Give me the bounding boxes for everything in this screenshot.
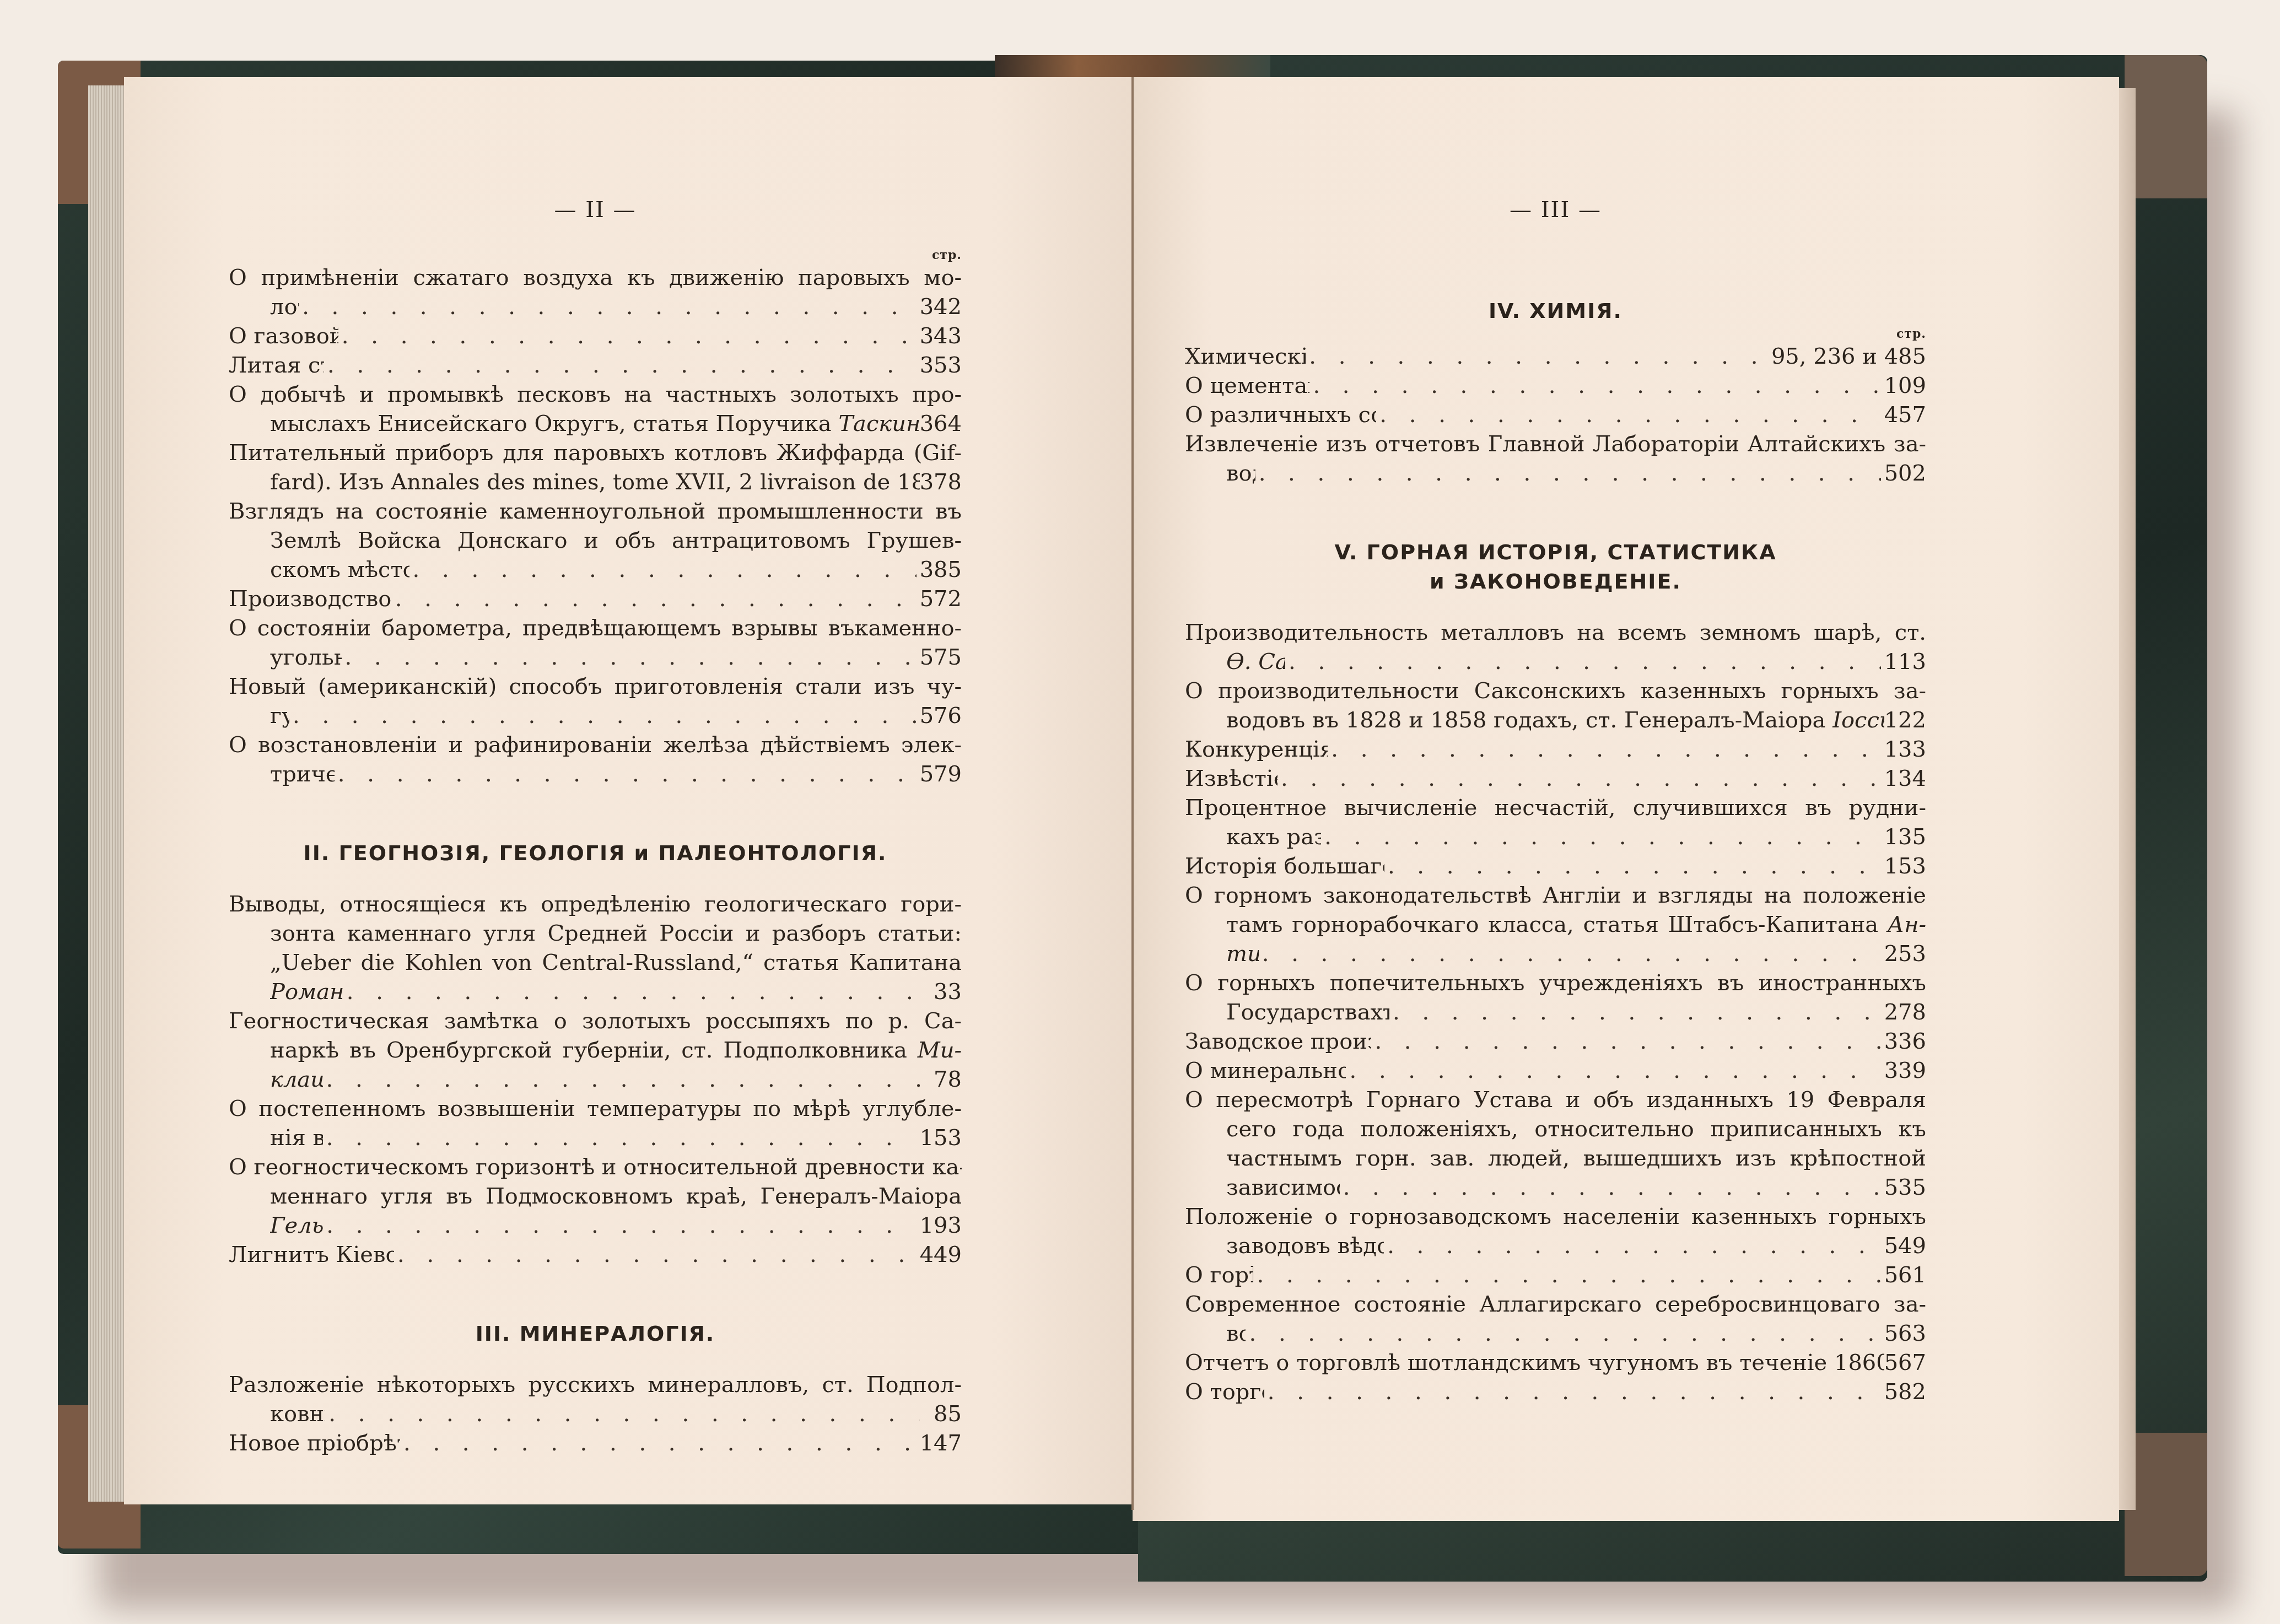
toc-line: Новый (американскій) способъ приготовлен… — [229, 672, 962, 702]
entry-title: Извлеченіе изъ отчетовъ Главной Лаборато… — [1185, 430, 1926, 459]
entry-title: О геогностическомъ горизонтѣ и относител… — [229, 1153, 962, 1182]
entry-title: Новое пріобрѣтеніе музеума Горнаго Инсти… — [229, 1429, 400, 1458]
dot-leader — [1259, 459, 1881, 488]
page-number: 85 — [923, 1400, 962, 1429]
toc-line: О горѣ Чапчачи561 — [1185, 1261, 1926, 1290]
dot-leader — [1313, 371, 1880, 401]
toc-line: Романовскаго 3-го33 — [229, 978, 962, 1007]
page-number: 95, 236 и 485 — [1771, 342, 1926, 371]
entry-text: Выводы, относящіеся къ опредѣленію геоло… — [229, 892, 962, 917]
toc-line: Заводское производство Австріи и Пруссіи… — [1185, 1027, 1926, 1056]
entry-author: Таскина 4 — [838, 411, 919, 436]
entry-title: Геогностическая замѣтка о золотыхъ россы… — [229, 1007, 962, 1036]
entry-title: Современное состояніе Аллагирскаго сереб… — [1185, 1290, 1926, 1319]
entry-title: Положеніе о горнозаводскомъ населеніи ка… — [1185, 1202, 1926, 1232]
entry-title: О горныхъ попечительныхъ учрежденіяхъ въ… — [1185, 969, 1926, 998]
entry-title: водовъ въ 1828 и 1858 годахъ, ст. Генера… — [1226, 706, 1884, 735]
dot-leader — [1249, 1319, 1880, 1348]
entry-text: О производительности Саксонскихъ казенны… — [1185, 678, 1926, 704]
entry-text: fard). Изъ Annales des mines, tome XVII,… — [270, 470, 920, 495]
entry-text: тамъ горнорабочкаго класса, статья Штабс… — [1226, 912, 1878, 937]
toc-line: О постепенномъ возвышеніи температуры по… — [229, 1094, 962, 1124]
spacer — [1185, 247, 1926, 296]
entry-title: О газовой машинѣ Леноара — [229, 322, 338, 351]
toc-line: Извѣстіе изъ Мексики134 — [1185, 764, 1926, 794]
entry-title: гуна — [270, 702, 289, 731]
entry-author: Ан- — [1888, 912, 1926, 937]
page-number: 563 — [1884, 1319, 1926, 1348]
toc-line: „Ueber die Kohlen von Central-Russland,“… — [229, 948, 962, 978]
entry-author: Гельмерсена — [270, 1213, 323, 1238]
entry-title: Извѣстіе изъ Мексики — [1185, 764, 1278, 794]
page-column-label: стр. — [229, 247, 962, 263]
toc-entry: Извѣстіе изъ Мексики134 — [1185, 764, 1926, 794]
toc-line: водовъ502 — [1185, 459, 1926, 488]
dot-leader — [1257, 1261, 1880, 1290]
toc-line: Конкуренція въ производствѣ желѣза133 — [1185, 735, 1926, 764]
entry-text: О газовой машинѣ Леноара — [229, 323, 338, 349]
toc-line: Питательный приборъ для паровыхъ котловъ… — [229, 439, 962, 468]
entry-text: трической силы — [270, 762, 335, 787]
entry-text: О горныхъ попечительныхъ учрежденіяхъ въ… — [1185, 970, 1926, 996]
toc-entry: О минеральномъ богатствѣ Великобританіи3… — [1185, 1056, 1926, 1086]
dot-leader — [342, 322, 917, 351]
dot-leader — [395, 585, 917, 614]
gutter-fold — [1131, 77, 1134, 1510]
spacer — [1185, 225, 1926, 247]
entry-title: О состояніи барометра, предвѣщающемъ взр… — [229, 614, 962, 643]
toc-line: Лигнитъ Кіевской губерніи, ст. А. Долинс… — [229, 1240, 962, 1270]
page-number: 253 — [1884, 940, 1926, 969]
toc-entry: Геогностическая замѣтка о золотыхъ россы… — [229, 1007, 962, 1094]
entry-text: О минеральномъ богатствѣ Великобританіи — [1185, 1058, 1346, 1083]
running-head: — II — — [229, 196, 962, 225]
entry-title: Государствахъ, ст. Штабсъ-Капитана Лонги… — [1226, 998, 1389, 1027]
dot-leader — [302, 293, 917, 322]
dot-leader — [1309, 342, 1768, 371]
entry-text: „Ueber die Kohlen von Central-Russland,“… — [270, 950, 962, 975]
dot-leader — [326, 1124, 917, 1153]
page-number: 364 — [920, 409, 962, 439]
entry-title: Литая сталь Г. Обухова — [229, 351, 324, 380]
toc-line: Новое пріобрѣтеніе музеума Горнаго Инсти… — [229, 1429, 962, 1458]
entry-text: кахъ различныхъ странъ — [1226, 824, 1321, 850]
entry-text: угольныхъ копяхъ — [270, 645, 342, 670]
toc-entry: О геогностическомъ горизонтѣ и относител… — [229, 1153, 962, 1240]
entry-title: Выводы, относящіеся къ опредѣленію геоло… — [229, 890, 962, 919]
entry-text: вода — [1226, 1321, 1246, 1346]
toc-entry: Выводы, относящіеся къ опредѣленію геоло… — [229, 890, 962, 1007]
page-number: 153 — [920, 1124, 962, 1153]
toc-line: Положеніе о горнозаводскомъ населеніи ка… — [1185, 1202, 1926, 1232]
entry-title: Производительность металловъ на всемъ зе… — [1185, 618, 1926, 648]
dot-leader — [345, 643, 917, 672]
entry-text: Заводское производство Австріи и Пруссіи… — [1185, 1029, 1371, 1054]
entry-text: сего года положеніяхъ, относительно прип… — [1226, 1116, 1926, 1142]
section-heading: V. ГОРНАЯ ИСТОРІЯ, СТАТИСТИКА — [1185, 538, 1926, 567]
entry-text: Процентное вычисленіе несчастій, случивш… — [1185, 795, 1926, 821]
entry-title: Лигнитъ Кіевской губерніи, ст. А. Долинс… — [229, 1240, 394, 1270]
dot-leader — [1281, 764, 1881, 794]
page-number: 567 — [1884, 1348, 1926, 1378]
page-number: 278 — [1884, 998, 1926, 1027]
toc-line: Отчетъ о торговлѣ шотландскимъ чугуномъ … — [1185, 1348, 1926, 1378]
entry-text: Конкуренція въ производствѣ желѣза — [1185, 737, 1328, 762]
toc-line: клашевскаго78 — [229, 1065, 962, 1094]
toc-line: тамъ горнорабочкаго класса, статья Штабс… — [1185, 910, 1926, 940]
entry-title: меннаго угля въ Подмосковномъ краѣ, Гене… — [270, 1182, 962, 1211]
entry-text: Государствахъ, ст. Штабсъ-Капитана — [1226, 1000, 1389, 1025]
entry-author: клашевскаго — [270, 1067, 323, 1092]
dot-leader — [397, 1240, 917, 1270]
toc-line: О добычѣ и промывкѣ песковъ на частныхъ … — [229, 380, 962, 409]
page-number: 535 — [1884, 1173, 1926, 1202]
toc-line: Гельмерсена193 — [229, 1211, 962, 1240]
toc-entry: О горныхъ попечительныхъ учрежденіяхъ въ… — [1185, 969, 1926, 1027]
dot-leader — [413, 555, 917, 585]
page-number: 572 — [920, 585, 962, 614]
toc-entry: О состояніи барометра, предвѣщающемъ взр… — [229, 614, 962, 672]
entry-text: Химическій обзоръ, ст. — [1185, 344, 1306, 369]
toc-entry: Химическій обзоръ, ст. Ѳ. Савченкова95, … — [1185, 342, 1926, 371]
entry-title: заводовъ вѣдомства Министерства Финансов… — [1226, 1232, 1384, 1261]
toc-entry: О производительности Саксонскихъ казенны… — [1185, 677, 1926, 735]
entry-author: Ми- — [918, 1038, 962, 1063]
entry-title: О пересмотрѣ Горнаго Устава и объ изданн… — [1185, 1086, 1926, 1115]
leather-corner-top-right — [2125, 55, 2207, 198]
toc-line: зонта каменнаго угля Средней Россіи и ра… — [229, 919, 962, 948]
section-heading: III. МИНЕРАЛОГІЯ. — [229, 1319, 962, 1348]
entry-title: Новый (американскій) способъ приготовлен… — [229, 672, 962, 702]
entry-author: типова — [1226, 941, 1259, 967]
entry-text: водовъ — [1226, 461, 1255, 486]
entry-title: Ѳ. Савченкова — [1226, 648, 1285, 677]
toc-line: О геогностическомъ горизонтѣ и относител… — [229, 1153, 962, 1182]
entry-text: зонта каменнаго угля Средней Россіи и ра… — [270, 921, 962, 946]
toc-entry: Извлеченіе изъ отчетовъ Главной Лаборато… — [1185, 430, 1926, 488]
toc-line: fard). Изъ Annales des mines, tome XVII,… — [229, 468, 962, 497]
page-number: 113 — [1884, 648, 1926, 677]
toc-line: кахъ различныхъ странъ135 — [1185, 823, 1926, 852]
spacer — [1185, 596, 1926, 618]
toc-line: Геогностическая замѣтка о золотыхъ россы… — [229, 1007, 962, 1036]
dot-leader — [1349, 1056, 1880, 1086]
dot-leader — [338, 760, 917, 789]
entry-title: Землѣ Войска Донскаго и объ антрацитовом… — [270, 526, 962, 555]
running-head: — III — — [1185, 196, 1926, 225]
dot-leader — [1343, 1173, 1881, 1202]
toc-line: зависимости, ст. И. Полетики535 — [1185, 1173, 1926, 1202]
toc-entry: Заводское производство Австріи и Пруссіи… — [1185, 1027, 1926, 1056]
toc-line: О горныхъ попечительныхъ учрежденіяхъ въ… — [1185, 969, 1926, 998]
page-number: 193 — [920, 1211, 962, 1240]
toc-line: Химическій обзоръ, ст. Ѳ. Савченкова95, … — [1185, 342, 1926, 371]
toc-entry: Производство лучшаго пудлинговаго желѣза… — [229, 585, 962, 614]
entry-title: О примѣненіи сжатаго воздуха къ движенію… — [229, 263, 962, 293]
toc-entry: Процентное вычисленіе несчастій, случивш… — [1185, 794, 1926, 852]
entry-title: Производство лучшаго пудлинговаго желѣза — [229, 585, 392, 614]
entry-title: Гельмерсена — [270, 1211, 323, 1240]
toc-entry: О цементаціи желѣза Г. Карона109 — [1185, 371, 1926, 401]
toc-line: О состояніи барометра, предвѣщающемъ взр… — [229, 614, 962, 643]
entry-title: зависимости, ст. И. Полетики — [1226, 1173, 1340, 1202]
page-number: 109 — [1884, 371, 1926, 401]
entry-text: Положеніе о горнозаводскомъ населеніи ка… — [1185, 1204, 1926, 1229]
dot-leader — [1388, 852, 1881, 881]
entry-title: скомъ мѣсторожденіи, ст. И. Фелькнера — [270, 555, 409, 585]
toc-line: сего года положеніяхъ, относительно прип… — [1185, 1115, 1926, 1144]
toc-line: О примѣненіи сжатаго воздуха къ движенію… — [229, 263, 962, 293]
entry-text: О горѣ Чапчачи — [1185, 1262, 1253, 1288]
entry-title: Исторія большаго Актонскаго мѣднаго рудн… — [1185, 852, 1384, 881]
entry-title: вода — [1226, 1319, 1246, 1348]
page-number: 78 — [923, 1065, 962, 1094]
page-number: 336 — [1884, 1027, 1926, 1056]
toc-line: нія въ землю153 — [229, 1124, 962, 1153]
page-number: 147 — [920, 1429, 962, 1458]
entry-title: мыслахъ Енисейскаго Округъ, статья Поруч… — [270, 409, 920, 439]
toc-line: водовъ въ 1828 и 1858 годахъ, ст. Генера… — [1185, 706, 1926, 735]
toc-entry: Взглядъ на состояніе каменноугольной про… — [229, 497, 962, 585]
dot-leader — [403, 1429, 917, 1458]
dot-leader — [1262, 940, 1881, 969]
toc-entry: О постепенномъ возвышеніи температуры по… — [229, 1094, 962, 1153]
page-number: 457 — [1884, 401, 1926, 430]
left-page-contents: — II — стр. О примѣненіи сжатаго воздуха… — [229, 196, 962, 1458]
toc-line: частнымъ горн. зав. людей, вышедшихъ изъ… — [1185, 1144, 1926, 1173]
page-number: 33 — [923, 978, 962, 1007]
spacer — [229, 1348, 962, 1371]
entry-title: клашевскаго — [270, 1065, 323, 1094]
toc-line: Производительность металловъ на всемъ зе… — [1185, 618, 1926, 648]
entry-title: Отчетъ о торговлѣ шотландскимъ чугуномъ … — [1185, 1348, 1884, 1378]
entry-author: Ѳ. Савченкова — [1226, 649, 1285, 675]
page-number: 576 — [920, 702, 962, 731]
entry-title: нія въ землю — [270, 1124, 323, 1153]
entry-title: типова — [1226, 940, 1259, 969]
page-number: 561 — [1884, 1261, 1926, 1290]
toc-line: О горномъ законодательствѣ Англіи и взгл… — [1185, 881, 1926, 910]
entry-title: сего года положеніяхъ, относительно прип… — [1226, 1115, 1926, 1144]
entry-title: водовъ — [1226, 459, 1255, 488]
toc-line: скомъ мѣсторожденіи, ст. И. Фелькнера385 — [229, 555, 962, 585]
entry-text: Извѣстіе изъ Мексики — [1185, 766, 1278, 791]
toc-line: О возстановленіи и рафинированіи желѣза … — [229, 731, 962, 760]
entry-text: Питательный приборъ для паровыхъ котловъ… — [229, 440, 962, 466]
entry-title: трической силы — [270, 760, 335, 789]
toc-line: Ѳ. Савченкова113 — [1185, 648, 1926, 677]
entry-text: гуна — [270, 703, 289, 729]
page-number: 579 — [920, 760, 962, 789]
toc-entry: Питательный приборъ для паровыхъ котловъ… — [229, 439, 962, 497]
page-number: 122 — [1884, 706, 1926, 735]
entry-title: О горѣ Чапчачи — [1185, 1261, 1253, 1290]
entry-text: О геогностическомъ горизонтѣ и относител… — [229, 1154, 962, 1180]
page-number: 343 — [920, 322, 962, 351]
toc-entry: Разложеніе нѣкоторыхъ русскихъ минералло… — [229, 1371, 962, 1429]
toc-line: Выводы, относящіеся къ опредѣленію геоло… — [229, 890, 962, 919]
entry-text: Производительность металловъ на всемъ зе… — [1185, 620, 1926, 645]
entry-title: ковника Бека — [270, 1400, 325, 1429]
dot-leader — [327, 351, 917, 380]
toc-line: меннаго угля въ Подмосковномъ краѣ, Гене… — [229, 1182, 962, 1211]
toc-line: угольныхъ копяхъ575 — [229, 643, 962, 672]
entry-title: О производительности Саксонскихъ казенны… — [1185, 677, 1926, 706]
entry-title: Заводское производство Австріи и Пруссіи… — [1185, 1027, 1371, 1056]
page-number: 582 — [1884, 1378, 1926, 1407]
toc-line: Землѣ Войска Донскаго и объ антрацитовом… — [229, 526, 962, 555]
entry-text: Исторія большаго Актонскаго мѣднаго рудн… — [1185, 854, 1384, 879]
entry-text: О постепенномъ возвышеніи температуры по… — [229, 1096, 962, 1121]
page-number: 378 — [920, 468, 962, 497]
toc-line: О цементаціи желѣза Г. Карона109 — [1185, 371, 1926, 401]
page-number: 342 — [920, 293, 962, 322]
toc-line: О пересмотрѣ Горнаго Устава и объ изданн… — [1185, 1086, 1926, 1115]
entry-text: скомъ мѣсторожденіи, ст. — [270, 557, 409, 582]
dot-leader — [1324, 823, 1880, 852]
toc-line: О минеральномъ богатствѣ Великобританіи3… — [1185, 1056, 1926, 1086]
toc-line: наркѣ въ Оренбургской губерніи, ст. Подп… — [229, 1036, 962, 1065]
spacer — [1185, 488, 1926, 538]
toc-entry: О пересмотрѣ Горнаго Устава и объ изданн… — [1185, 1086, 1926, 1202]
page-number: 339 — [1884, 1056, 1926, 1086]
toc-line: Процентное вычисленіе несчастій, случивш… — [1185, 794, 1926, 823]
entry-text: О добычѣ и промывкѣ песковъ на частныхъ … — [229, 382, 962, 407]
toc-line: вода563 — [1185, 1319, 1926, 1348]
entry-title: угольныхъ копяхъ — [270, 643, 342, 672]
entry-text: Новый (американскій) способъ приготовлен… — [229, 674, 962, 699]
dot-leader — [1268, 1378, 1881, 1407]
dot-leader — [328, 1400, 920, 1429]
entry-text: мыслахъ Енисейскаго Округъ, статья Поруч… — [270, 411, 832, 436]
page-number: 575 — [920, 643, 962, 672]
entry-title: Процентное вычисленіе несчастій, случивш… — [1185, 794, 1926, 823]
toc-entry: Конкуренція въ производствѣ желѣза133 — [1185, 735, 1926, 764]
entry-title: тамъ горнорабочкаго класса, статья Штабс… — [1226, 910, 1926, 940]
toc-line: Взглядъ на состояніе каменноугольной про… — [229, 497, 962, 526]
toc-entry: Отчетъ о торговлѣ шотландскимъ чугуномъ … — [1185, 1348, 1926, 1378]
entry-text: частнымъ горн. зав. людей, вышедшихъ изъ… — [1226, 1146, 1926, 1171]
dot-leader — [1387, 1232, 1881, 1261]
entry-text: Отчетъ о торговлѣ шотландскимъ чугуномъ … — [1185, 1350, 1884, 1375]
toc-line: Современное состояніе Аллагирскаго сереб… — [1185, 1290, 1926, 1319]
dot-leader — [1331, 735, 1880, 764]
toc-entry: Лигнитъ Кіевской губерніи, ст. А. Долинс… — [229, 1240, 962, 1270]
toc-line: трической силы579 — [229, 760, 962, 789]
entry-text: Литая сталь Г. Обухова — [229, 353, 324, 378]
toc-line: Разложеніе нѣкоторыхъ русскихъ минералло… — [229, 1371, 962, 1400]
toc-entry: О добычѣ и промывкѣ песковъ на частныхъ … — [229, 380, 962, 439]
entry-text: Лигнитъ Кіевской губерніи, ст. — [229, 1242, 394, 1267]
page-number: 549 — [1884, 1232, 1926, 1261]
entry-title: Питательный приборъ для паровыхъ котловъ… — [229, 439, 962, 468]
toc-line: ковника Бека85 — [229, 1400, 962, 1429]
toc-entry: О горѣ Чапчачи561 — [1185, 1261, 1926, 1290]
right-page-contents: — III — IV. ХИМІЯ.стр.Химическій обзоръ,… — [1185, 196, 1926, 1407]
page-number: 502 — [1884, 459, 1926, 488]
dot-leader — [347, 978, 920, 1007]
entry-text: О состояніи барометра, предвѣщающемъ взр… — [229, 616, 962, 641]
entry-title: О цементаціи желѣза Г. Карона — [1185, 371, 1309, 401]
entry-text: Взглядъ на состояніе каменноугольной про… — [229, 499, 962, 524]
entry-title: Конкуренція въ производствѣ желѣза — [1185, 735, 1328, 764]
toc-entry: Положеніе о горнозаводскомъ населеніи ка… — [1185, 1202, 1926, 1261]
entry-text: лотовъ — [270, 294, 299, 320]
section-heading: IV. ХИМІЯ. — [1185, 296, 1926, 326]
entry-text: заводовъ вѣдомства Министерства Финансов… — [1226, 1233, 1384, 1259]
entry-text: Разложеніе нѣкоторыхъ русскихъ минералло… — [229, 1372, 962, 1398]
entry-title: „Ueber die Kohlen von Central-Russland,“… — [270, 948, 962, 978]
toc-line: мыслахъ Енисейскаго Округъ, статья Поруч… — [229, 409, 962, 439]
entry-text: Геогностическая замѣтка о золотыхъ россы… — [229, 1008, 962, 1034]
toc-line: О различныхъ состояніяхъ кремневой кисло… — [1185, 401, 1926, 430]
entry-text: Землѣ Войска Донскаго и объ антрацитовом… — [270, 528, 962, 553]
entry-title: зонта каменнаго угля Средней Россіи и ра… — [270, 919, 962, 948]
page-column-label: стр. — [1185, 326, 1926, 342]
page-number: 133 — [1884, 735, 1926, 764]
entry-title: Химическій обзоръ, ст. Ѳ. Савченкова — [1185, 342, 1306, 371]
toc-entry: О горномъ законодательствѣ Англіи и взгл… — [1185, 881, 1926, 969]
toc-entry: Исторія большаго Актонскаго мѣднаго рудн… — [1185, 852, 1926, 881]
entry-title: О минеральномъ богатствѣ Великобританіи — [1185, 1056, 1346, 1086]
toc-entries: О примѣненіи сжатаго воздуха къ движенію… — [229, 263, 962, 1458]
toc-entry: О торговлѣ ртутью582 — [1185, 1378, 1926, 1407]
entry-text: меннаго угля въ Подмосковномъ краѣ, Гене… — [270, 1184, 962, 1209]
toc-entry: О возстановленіи и рафинированіи желѣза … — [229, 731, 962, 789]
entry-title: О торговлѣ ртутью — [1185, 1378, 1264, 1407]
leather-corner-bottom-right — [2125, 1433, 2207, 1576]
entry-title: наркѣ въ Оренбургской губерніи, ст. Подп… — [270, 1036, 962, 1065]
dot-leader — [1375, 1027, 1880, 1056]
toc-line: Производство лучшаго пудлинговаго желѣза… — [229, 585, 962, 614]
page-number: 449 — [920, 1240, 962, 1270]
entry-title: Разложеніе нѣкоторыхъ русскихъ минералло… — [229, 1371, 962, 1400]
entry-text: водовъ въ 1828 и 1858 годахъ, ст. Генера… — [1226, 708, 1825, 733]
toc-line: О торговлѣ ртутью582 — [1185, 1378, 1926, 1407]
entry-author: Іоссы — [1832, 708, 1884, 733]
entry-title: fard). Изъ Annales des mines, tome XVII,… — [270, 468, 920, 497]
entry-title: кахъ различныхъ странъ — [1226, 823, 1321, 852]
right-page-block-edges — [2119, 88, 2136, 1510]
toc-line: гуна576 — [229, 702, 962, 731]
dot-leader — [1379, 401, 1880, 430]
entry-title: О горномъ законодательствѣ Англіи и взгл… — [1185, 881, 1926, 910]
page-number: 134 — [1884, 764, 1926, 794]
toc-entry: Литая сталь Г. Обухова353 — [229, 351, 962, 380]
entry-text: О торговлѣ ртутью — [1185, 1379, 1264, 1405]
entry-text: О различныхъ состояніяхъ кремневой кисло… — [1185, 402, 1376, 428]
toc-entry: Новое пріобрѣтеніе музеума Горнаго Инсти… — [229, 1429, 962, 1458]
section-heading: II. ГЕОГНОЗІЯ, ГЕОЛОГІЯ и ПАЛЕОНТОЛОГІЯ. — [229, 839, 962, 868]
toc-entry: О газовой машинѣ Леноара343 — [229, 322, 962, 351]
page-block-edges — [88, 85, 127, 1502]
page-number: 153 — [1884, 852, 1926, 881]
entry-text: Производство лучшаго пудлинговаго желѣза — [229, 586, 392, 612]
toc-line: Извлеченіе изъ отчетовъ Главной Лаборато… — [1185, 430, 1926, 459]
entry-title: лотовъ — [270, 293, 299, 322]
entry-text: Новое пріобрѣтеніе музеума Горнаго Инсти… — [229, 1431, 400, 1456]
entry-title: О возстановленіи и рафинированіи желѣза … — [229, 731, 962, 760]
page-number: 385 — [920, 555, 962, 585]
entry-author: Романовскаго 3-го — [270, 979, 343, 1005]
spacer — [229, 1270, 962, 1319]
toc-line: типова253 — [1185, 940, 1926, 969]
toc-entry: Производительность металловъ на всемъ зе… — [1185, 618, 1926, 677]
entry-text: О цементаціи желѣза — [1185, 373, 1309, 398]
toc-line: О производительности Саксонскихъ казенны… — [1185, 677, 1926, 706]
entry-text: наркѣ въ Оренбургской губерніи, ст. Подп… — [270, 1038, 907, 1063]
entry-title: О различныхъ состояніяхъ кремневой кисло… — [1185, 401, 1376, 430]
